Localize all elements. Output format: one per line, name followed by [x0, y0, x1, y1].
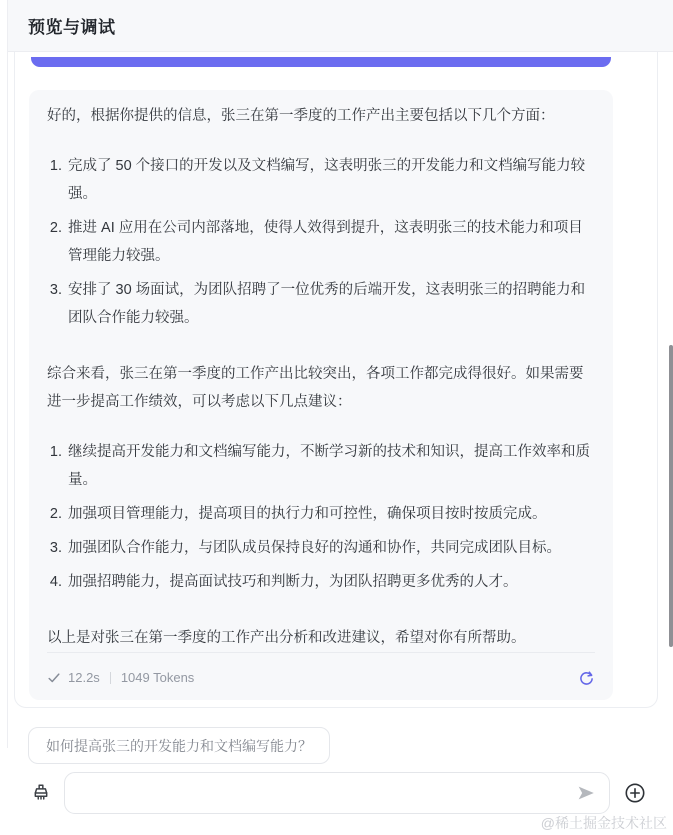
suggested-question-label: 如何提高张三的开发能力和文档编写能力？	[46, 736, 312, 756]
response-duration: 12.2s	[68, 664, 100, 692]
response-list-item: 继续提高开发能力和文档编写能力，不断学习新的技术和知识，提高工作效率和质量。	[66, 438, 595, 494]
response-closing: 以上是对张三在第一季度的工作产出分析和改进建议，希望对你有所帮助。	[47, 624, 595, 652]
response-list-item: 推进 AI 应用在公司内部落地，使得人效得到提升，这表明张三的技术能力和项目管理…	[66, 214, 595, 270]
page-title: 预览与调试	[28, 13, 116, 38]
message-input-wrap	[64, 772, 610, 814]
response-intro: 好的，根据你提供的信息，张三在第一季度的工作产出主要包括以下几个方面：	[47, 102, 595, 130]
send-button[interactable]	[575, 782, 597, 804]
response-list-item: 完成了 50 个接口的开发以及文档编写，这表明张三的开发能力和文档编写能力较强。	[66, 152, 595, 208]
send-icon	[575, 782, 597, 804]
response-tokens: 1049 Tokens	[121, 664, 195, 692]
check-icon	[47, 671, 61, 685]
scrollbar-thumb[interactable]	[669, 345, 673, 647]
response-list-item: 安排了 30 场面试，为团队招聘了一位优秀的后端开发，这表明张三的招聘能力和团队…	[66, 276, 595, 332]
suggested-question-chip[interactable]: 如何提高张三的开发能力和文档编写能力？	[28, 727, 330, 764]
user-message-bubble-partial	[31, 57, 611, 67]
chat-message-list: 好的，根据你提供的信息，张三在第一季度的工作产出主要包括以下几个方面： 完成了 …	[14, 52, 658, 708]
response-list-item: 加强团队合作能力，与团队成员保持良好的沟通和协作，共同完成团队目标。	[66, 534, 595, 562]
response-suggestion-list: 继续提高开发能力和文档编写能力，不断学习新的技术和知识，提高工作效率和质量。 加…	[47, 438, 595, 602]
clear-context-button[interactable]	[26, 778, 56, 808]
response-list-item: 加强招聘能力，提高面试技巧和判断力，为团队招聘更多优秀的人才。	[66, 568, 595, 596]
response-summary: 综合来看，张三在第一季度的工作产出比较突出，各项工作都完成得很好。如果需要进一步…	[47, 360, 595, 416]
preview-debug-panel: 预览与调试 好的，根据你提供的信息，张三在第一季度的工作产出主要包括以下几个方面…	[0, 0, 673, 835]
response-meta-bar: 12.2s 1049 Tokens	[47, 652, 595, 692]
message-input[interactable]	[79, 784, 575, 802]
meta-divider	[110, 672, 111, 684]
broom-icon	[30, 782, 52, 804]
composer-row	[26, 772, 648, 814]
panel-left-divider	[7, 0, 8, 748]
response-output-list: 完成了 50 个接口的开发以及文档编写，这表明张三的开发能力和文档编写能力较强。…	[47, 152, 595, 338]
panel-header: 预览与调试	[8, 0, 673, 52]
add-button[interactable]	[622, 780, 648, 806]
assistant-message-card: 好的，根据你提供的信息，张三在第一季度的工作产出主要包括以下几个方面： 完成了 …	[29, 90, 613, 700]
plus-circle-icon	[623, 781, 647, 805]
response-list-item: 加强项目管理能力，提高项目的执行力和可控性，确保项目按时按质完成。	[66, 500, 595, 528]
regenerate-button[interactable]	[578, 670, 595, 687]
watermark: @稀土掘金技术社区	[541, 813, 667, 833]
refresh-icon	[578, 670, 595, 687]
